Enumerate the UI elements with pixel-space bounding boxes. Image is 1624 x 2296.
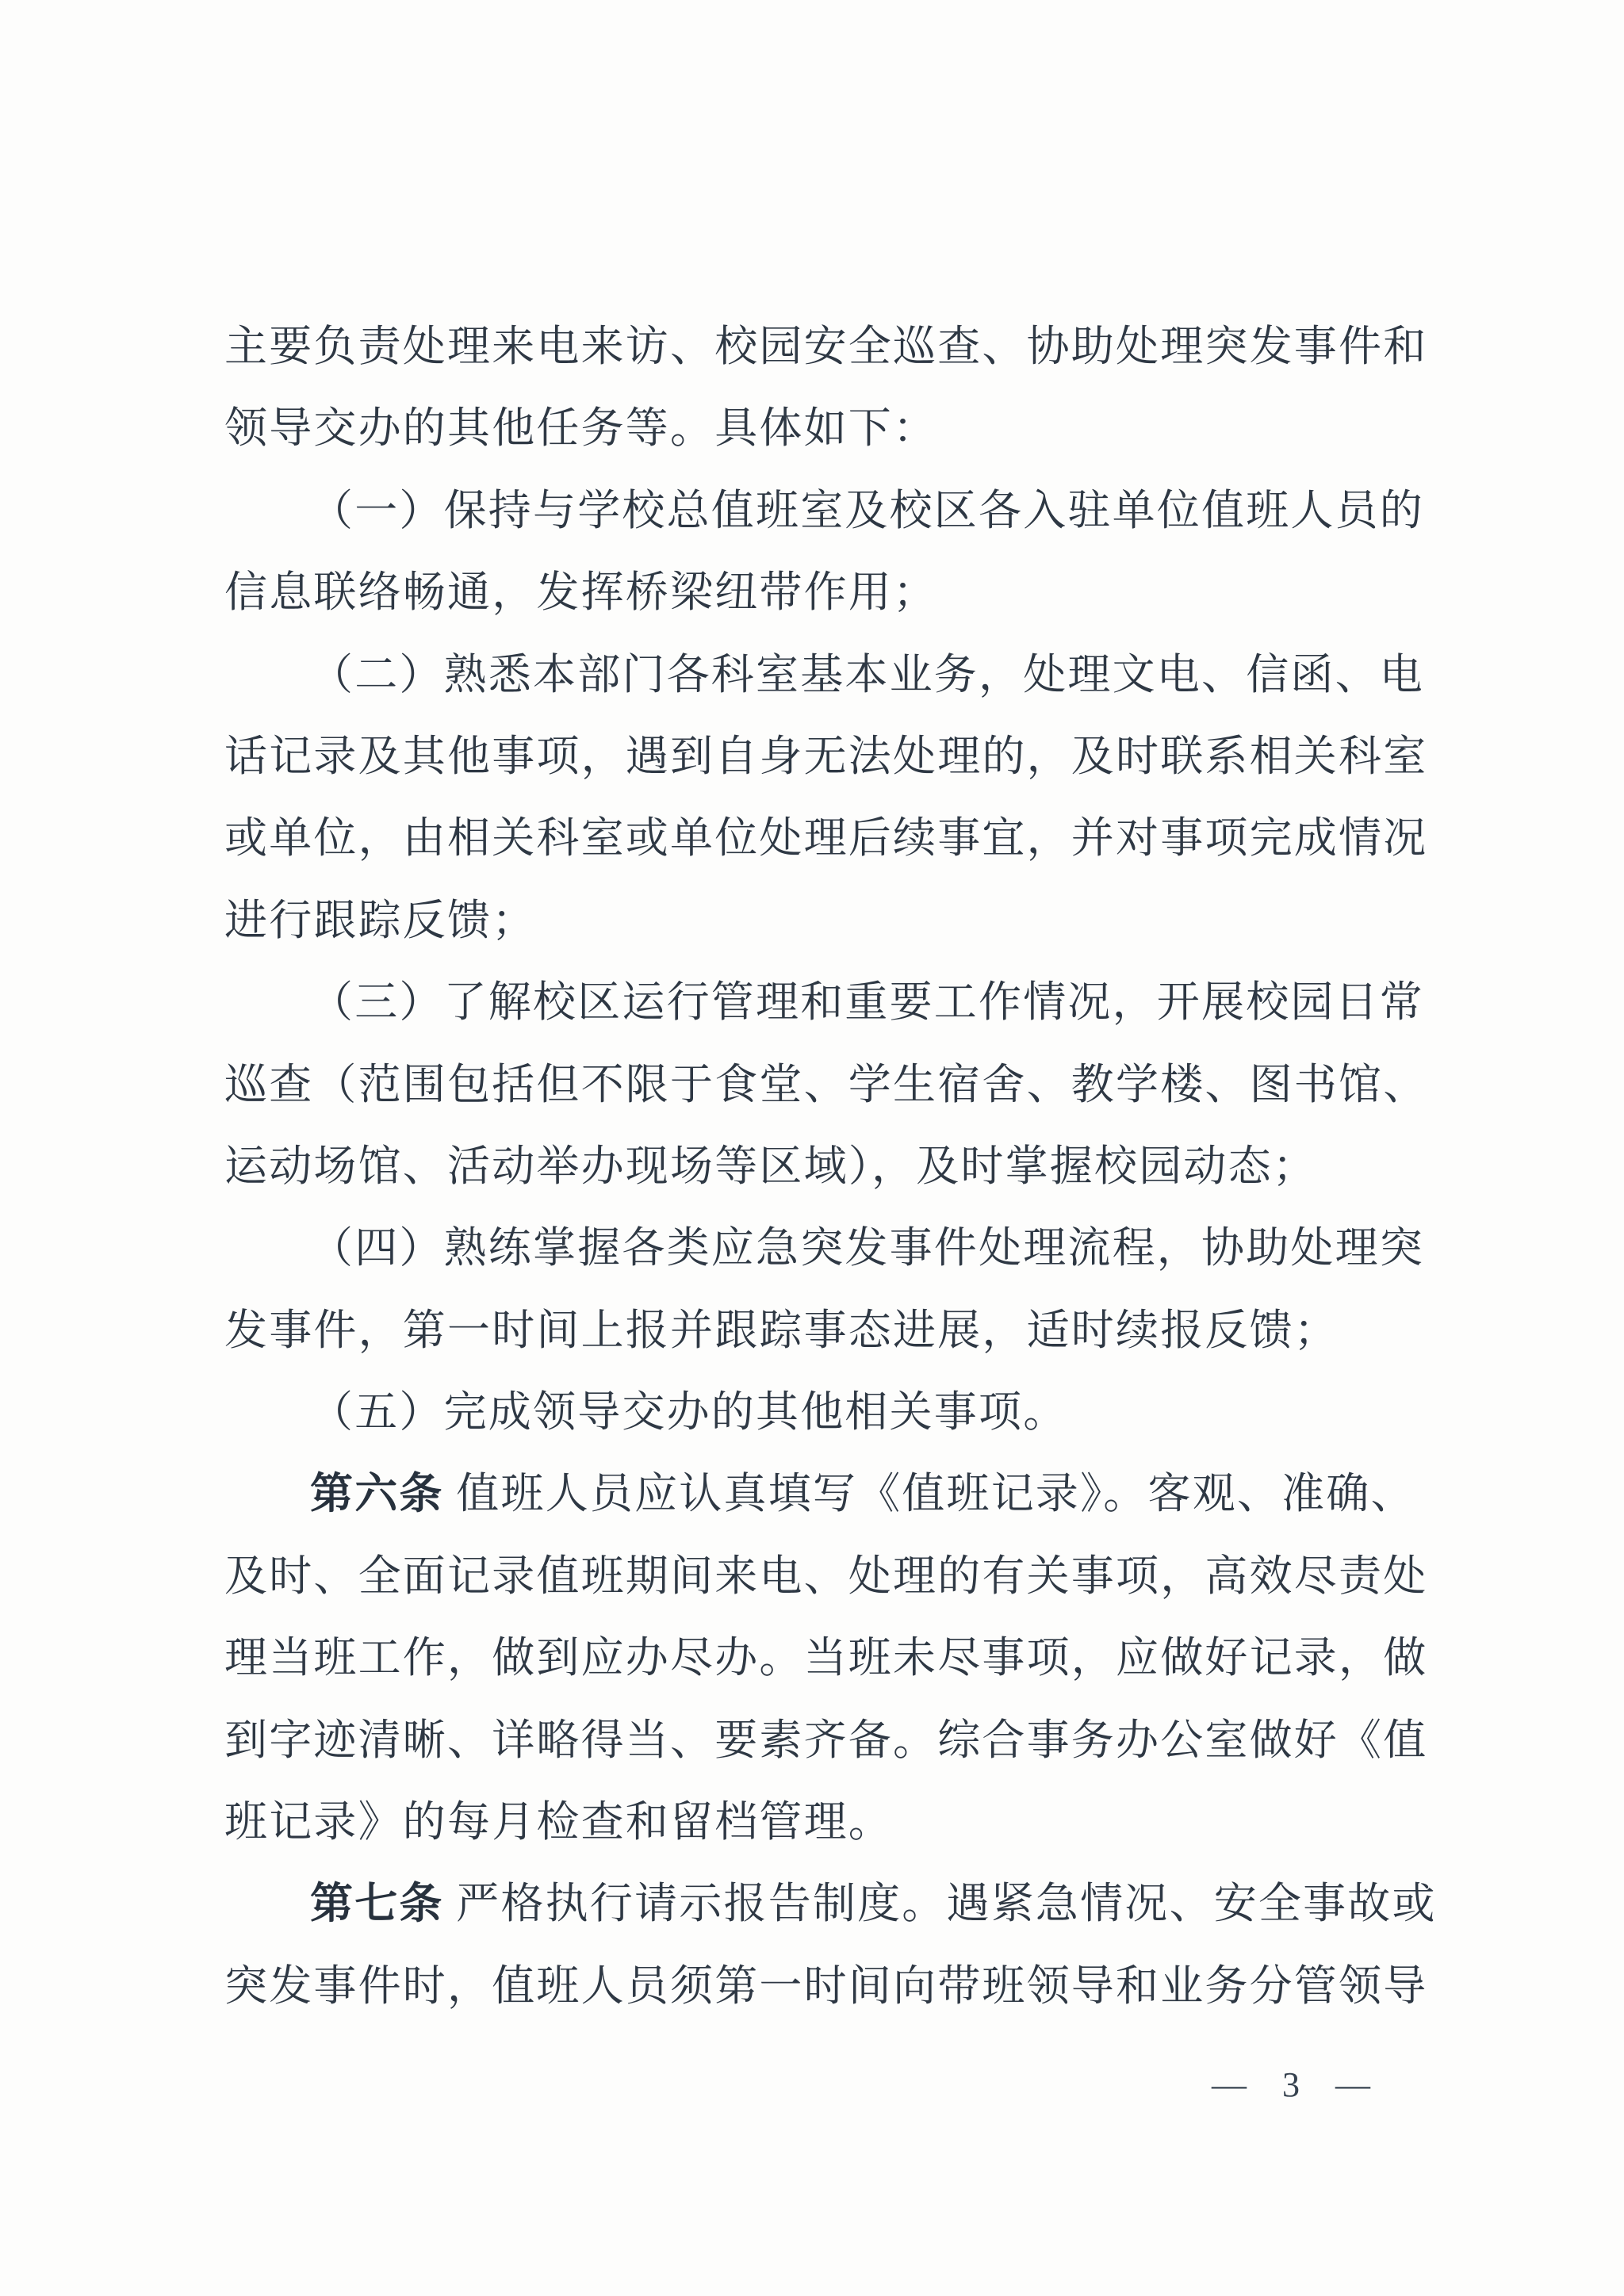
text-line: 及时、全面记录值班期间来电、处理的有关事项，高效尽责处: [224, 1536, 1461, 1617]
text-segment: （二）熟悉本部门各科室基本业务，处理文电、信函、电: [310, 651, 1424, 698]
text-line: 理当班工作，做到应办尽办。当班未尽事项，应做好记录，做: [224, 1617, 1461, 1699]
article-number: 第七条: [310, 1880, 444, 1927]
text-segment: 突发事件时，值班人员须第一时间向带班领导和业务分管领导: [224, 1962, 1427, 2010]
paragraph: 主要负责处理来电来访、校园安全巡查、协助处理突发事件和领导交办的其他任务等。具体…: [224, 306, 1461, 470]
text-line: 主要负责处理来电来访、校园安全巡查、协助处理突发事件和: [224, 306, 1461, 388]
text-line: 领导交办的其他任务等。具体如下：: [224, 388, 1461, 469]
text-segment: 发事件，第一时间上报并跟踪事态进展，适时续报反馈；: [224, 1307, 1339, 1354]
text-line: 班记录》的每月检查和留档管理。: [224, 1781, 1461, 1863]
text-segment: 信息联络畅通，发挥桥梁纽带作用；: [224, 568, 937, 616]
text-line: 突发事件时，值班人员须第一时间向带班领导和业务分管领导: [224, 1946, 1461, 2027]
paragraph: （一）保持与学校总值班室及校区各入驻单位值班人员的信息联络畅通，发挥桥梁纽带作用…: [224, 470, 1461, 634]
text-segment: （一）保持与学校总值班室及校区各入驻单位值班人员的: [310, 487, 1424, 534]
text-segment: 话记录及其他事项，遇到自身无法处理的，及时联系相关科室: [224, 733, 1427, 780]
text-line: （四）熟练掌握各类应急突发事件处理流程，协助处理突: [224, 1207, 1461, 1289]
paragraph: 第六条 值班人员应认真填写《值班记录》。客观、准确、及时、全面记录值班期间来电、…: [224, 1453, 1461, 1863]
paragraph: 第七条 严格执行请示报告制度。遇紧急情况、安全事故或突发事件时，值班人员须第一时…: [224, 1863, 1461, 2027]
text-segment: 或单位，由相关科室或单位处理后续事宜，并对事项完成情况: [224, 814, 1427, 862]
text-segment: （三）了解校区运行管理和重要工作情况，开展校园日常: [310, 978, 1424, 1026]
text-segment: 及时、全面记录值班期间来电、处理的有关事项，高效尽责处: [224, 1552, 1427, 1600]
text-line: 或单位，由相关科室或单位处理后续事宜，并对事项完成情况: [224, 798, 1461, 879]
text-segment: 主要负责处理来电来访、校园安全巡查、协助处理突发事件和: [224, 323, 1427, 370]
text-segment: 进行跟踪反馈；: [224, 897, 536, 944]
page-number: — 3 —: [1212, 2064, 1373, 2105]
text-line: 第六条 值班人员应认真填写《值班记录》。客观、准确、: [224, 1453, 1461, 1535]
text-line: 第七条 严格执行请示报告制度。遇紧急情况、安全事故或: [224, 1863, 1461, 1945]
paragraph: （四）熟练掌握各类应急突发事件处理流程，协助处理突发事件，第一时间上报并跟踪事态…: [224, 1207, 1461, 1372]
text-segment: 严格执行请示报告制度。遇紧急情况、安全事故或: [444, 1880, 1437, 1927]
text-line: 到字迹清晰、详略得当、要素齐备。综合事务办公室做好《值: [224, 1700, 1461, 1781]
text-segment: （四）熟练掌握各类应急突发事件处理流程，协助处理突: [310, 1224, 1424, 1272]
text-segment: 巡查（范围包括但不限于食堂、学生宿舍、教学楼、图书馆、: [224, 1061, 1427, 1108]
text-segment: 值班人员应认真填写《值班记录》。客观、准确、: [444, 1470, 1415, 1517]
article-number: 第六条: [310, 1470, 444, 1517]
text-segment: 班记录》的每月检查和留档管理。: [224, 1798, 893, 1846]
text-segment: 理当班工作，做到应办尽办。当班未尽事项，应做好记录，做: [224, 1634, 1427, 1682]
text-line: 话记录及其他事项，遇到自身无法处理的，及时联系相关科室: [224, 716, 1461, 798]
text-line: （一）保持与学校总值班室及校区各入驻单位值班人员的: [224, 470, 1461, 552]
document-body: 主要负责处理来电来访、校园安全巡查、协助处理突发事件和领导交办的其他任务等。具体…: [224, 306, 1461, 2027]
text-line: （三）了解校区运行管理和重要工作情况，开展校园日常: [224, 962, 1461, 1043]
paragraph: （五）完成领导交办的其他相关事项。: [224, 1372, 1461, 1453]
text-line: 巡查（范围包括但不限于食堂、学生宿舍、教学楼、图书馆、: [224, 1044, 1461, 1126]
text-segment: 领导交办的其他任务等。具体如下：: [224, 404, 937, 452]
text-line: 信息联络畅通，发挥桥梁纽带作用；: [224, 552, 1461, 633]
text-line: 进行跟踪反馈；: [224, 880, 1461, 962]
paragraph: （三）了解校区运行管理和重要工作情况，开展校园日常巡查（范围包括但不限于食堂、学…: [224, 962, 1461, 1207]
text-segment: 运动场馆、活动举办现场等区域），及时掌握校园动态；: [224, 1142, 1317, 1190]
text-line: 运动场馆、活动举办现场等区域），及时掌握校园动态；: [224, 1126, 1461, 1207]
text-line: 发事件，第一时间上报并跟踪事态进展，适时续报反馈；: [224, 1290, 1461, 1372]
paragraph: （二）熟悉本部门各科室基本业务，处理文电、信函、电话记录及其他事项，遇到自身无法…: [224, 634, 1461, 962]
text-segment: 到字迹清晰、详略得当、要素齐备。综合事务办公室做好《值: [224, 1716, 1427, 1764]
text-segment: （五）完成领导交办的其他相关事项。: [310, 1388, 1067, 1436]
text-line: （二）熟悉本部门各科室基本业务，处理文电、信函、电: [224, 634, 1461, 716]
document-page: 主要负责处理来电来访、校园安全巡查、协助处理突发事件和领导交办的其他任务等。具体…: [0, 0, 1624, 2296]
text-line: （五）完成领导交办的其他相关事项。: [224, 1372, 1461, 1453]
